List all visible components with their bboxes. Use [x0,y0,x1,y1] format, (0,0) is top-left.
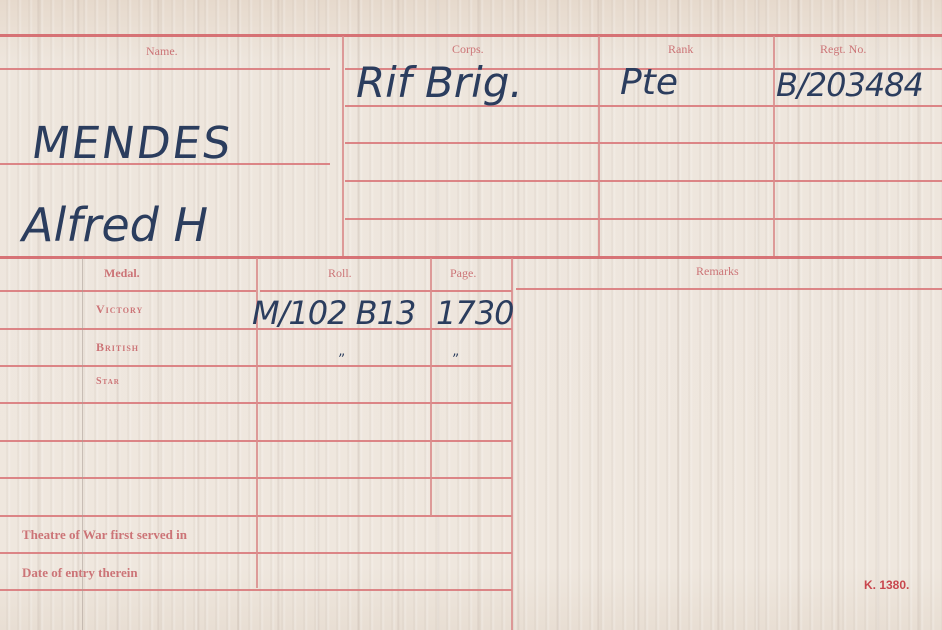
regt-no-label: Regt. No. [820,42,866,57]
date-row-rule [0,589,512,591]
corps-value: Rif Brig. [356,58,523,107]
surname-value: MENDES [28,118,235,169]
victory-roll-value: M/102 B13 [252,294,415,332]
forenames-value: Alfred H [22,198,208,252]
name-header-rule [0,68,330,70]
medal-header-rule [0,290,256,292]
medal-row-star: Star [96,376,120,387]
medal-row-victory: Victory [96,302,143,317]
theatre-label: Theatre of War first served in [22,527,187,543]
medal-header: Medal. [104,266,140,281]
page-divider [430,258,432,516]
name-label: Name. [146,44,178,59]
regt-no-value: B/203484 [776,66,923,104]
roll-header-rule [260,290,512,292]
remarks-header-rule [516,288,942,290]
row-rule-3 [345,180,942,182]
page-header: Page. [450,266,476,281]
form-number: K. 1380. [864,578,909,592]
roll-header: Roll. [328,266,352,281]
medal-index-card: Name. Corps. Rank Regt. No. MENDES Alfre… [0,0,942,630]
rank-divider [598,36,600,256]
section-divider-rule [0,256,942,259]
remarks-header: Remarks [696,264,739,279]
corps-label: Corps. [452,42,484,57]
victory-page-value: 1730 [436,294,513,332]
corps-divider [342,36,344,256]
date-entry-label: Date of entry therein [22,565,138,581]
british-page-ditto: ” [452,352,459,368]
medal-row-british: British [96,340,139,355]
british-roll-ditto: ” [338,352,345,368]
top-rule [0,34,942,37]
row-rule-4 [345,218,942,220]
regt-divider [773,36,775,256]
row-rule-2 [345,142,942,144]
rank-label: Rank [668,42,693,57]
rank-value: Pte [620,62,678,103]
